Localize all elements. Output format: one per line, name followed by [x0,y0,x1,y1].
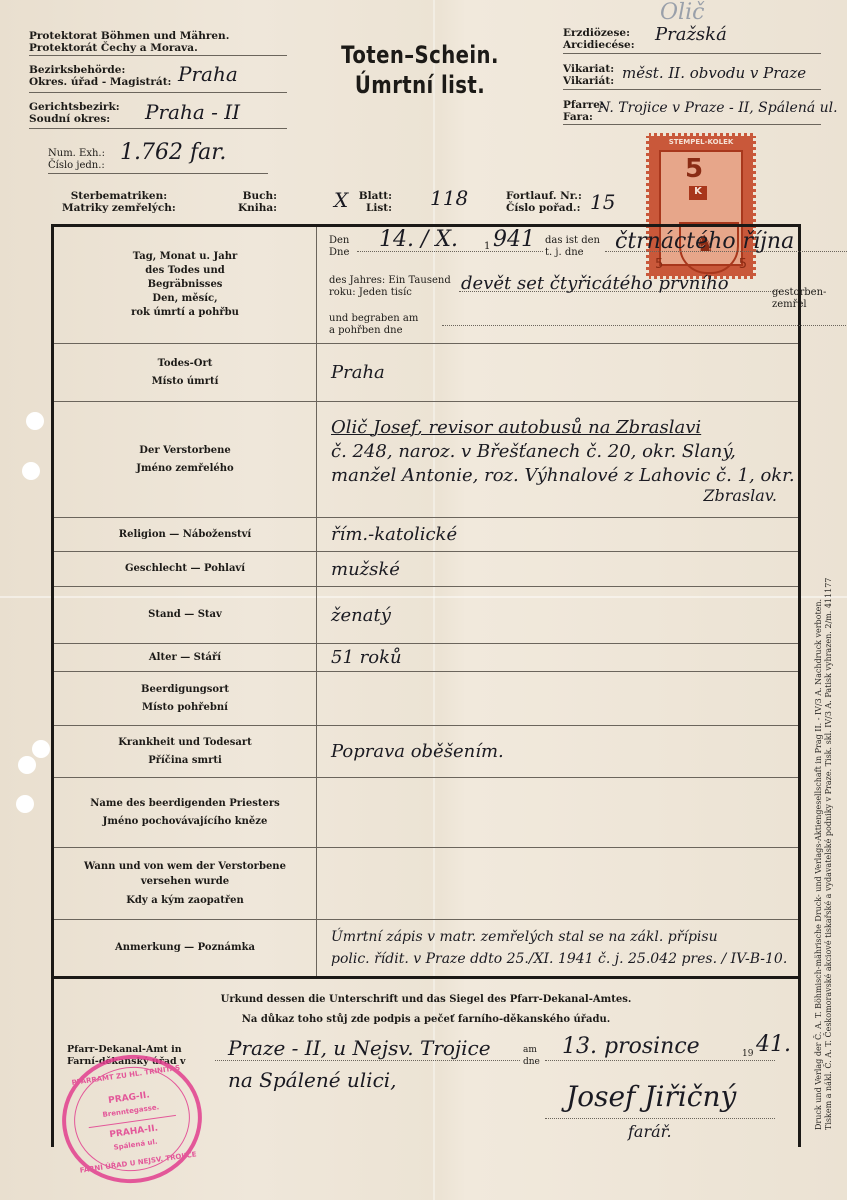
place-of-death: Praha [331,362,385,383]
death-year-words: devět set čtyřicátého prvního [461,273,729,294]
state-de: Protektorat Böhmen und Mähren. [29,30,229,42]
page-title: Toten–Schein. Úmrtní list. [313,40,526,100]
table-row: Geschlecht — Pohlaví mužské [53,552,800,587]
table-row: Religion — Náboženství řím.-katolické [53,518,800,552]
parish-value: N. Trojice v Praze - II, Spálená ul. [598,100,838,116]
state-cs: Protektorát Čechy a Morava. [29,42,229,54]
ref-number-label: Num. Exh.:Číslo jedn.: [48,148,105,172]
page-value: 118 [430,186,468,210]
office-street: na Spálené ulici, [228,1068,397,1092]
book-label: Buch:Kniha: [238,190,277,214]
printer-note: Druck und Verlag der Č. A. T. Böhmisch-m… [814,578,834,1130]
marital-status-value: ženatý [331,605,391,626]
signature: Josef Jiřičný [566,1080,736,1113]
page-label: Blatt:List: [342,190,392,214]
table-row: Alter — Stáří 51 roků [53,644,800,672]
date-value-cell: DenDne 14. / X. 1 941 das ist dent. j. d… [317,226,800,344]
attestation-text: Urkund dessen die Unterschrift und das S… [51,990,801,1030]
seq-label: Fortlauf. Nr.:Číslo pořad.: [506,190,582,214]
signature-title: farář. [628,1122,672,1141]
office-value: Praze - II, u Nejsv. Trojice [228,1036,491,1060]
vicariate-value: měst. II. obvodu v Praze [622,64,806,82]
ref-number-value: 1.762 far. [120,140,226,165]
table-row: Krankheit und TodesartPříčina smrti Popr… [53,726,800,778]
date-label: Tag, Monat u. Jahr des Todes und Begräbn… [53,226,317,344]
archdiocese-value: Pražská [655,24,727,45]
table-row: Anmerkung — Poznámka Úmrtní zápis v matr… [53,920,800,978]
religion-value: řím.-katolické [331,524,457,545]
table-row: Name des beerdigenden PriestersJméno poc… [53,778,800,848]
death-record-table: Tag, Monat u. Jahr des Todes und Begräbn… [51,224,801,979]
court-district-value: Praha - II [145,100,240,124]
death-year: 941 [493,227,535,252]
district-office-value: Praha [178,62,238,86]
deceased-name: Olič Josef, revisor autobusů na Zbraslav… [317,402,800,518]
age-value: 51 roků [331,647,402,668]
date-label: amdne [523,1044,540,1068]
issue-year: 41. [756,1032,791,1057]
punch-hole [22,462,40,480]
death-day-month: 14. / X. [379,227,458,252]
court-district-label: Gerichtsbezirk:Soudní okres: [29,101,120,125]
table-row: Der VerstorbeneJméno zemřelého Olič Jose… [53,402,800,518]
punch-hole [32,740,50,758]
punch-hole [26,412,44,430]
death-date-words: čtrnáctého října [615,229,794,254]
table-row: Stand — Stav ženatý [53,587,800,644]
vicariate-label: Vikariat:Vikariát: [563,63,614,87]
issue-date: 13. prosince [562,1034,700,1059]
archdiocese-label: Erzdiözese:Arcidiecése: [563,27,635,51]
state-header: Protektorat Böhmen und Mähren. Protektor… [29,30,229,54]
table-row: BeerdigungsortMísto pohřební [53,672,800,726]
register-label: Sterbematriken:Matriky zemřelých: [62,190,176,214]
district-office-label: Bezirksbehörde:Okres. úřad - Magistrát: [29,64,171,88]
pencil-note: Olič [660,0,704,25]
table-row: Todes-OrtMísto úmrtí Praha [53,344,800,402]
sex-value: mužské [331,559,400,580]
table-row: Tag, Monat u. Jahr des Todes und Begräbn… [53,226,800,344]
remark-value: Úmrtní zápis v matr. zemřelých stal se n… [317,920,800,978]
punch-hole [16,795,34,813]
cause-of-death-value: Poprava oběšením. [331,741,504,762]
punch-hole [18,756,36,774]
seq-value: 15 [590,190,615,214]
table-row: Wann und von wem der Verstorbene versehe… [53,848,800,920]
